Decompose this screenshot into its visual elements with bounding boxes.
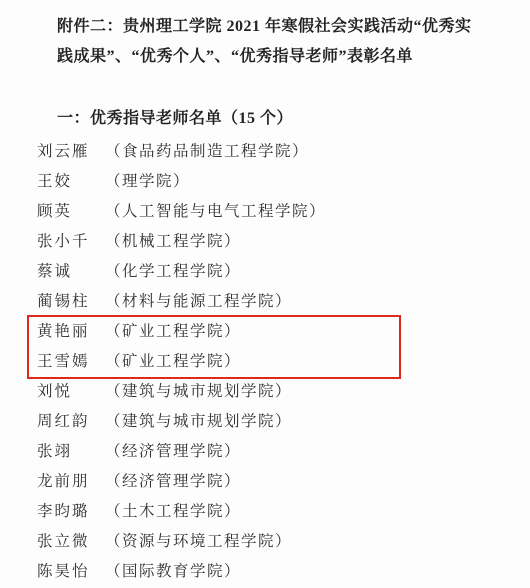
teacher-college: （食品药品制造工程学院） (105, 143, 309, 160)
teacher-name: 张立微 (37, 527, 105, 557)
teacher-college: （经济管理学院） (105, 473, 241, 490)
teacher-row: 刘悦（建筑与城市规划学院） (37, 377, 326, 407)
teacher-row: 周红韵（建筑与城市规划学院） (37, 407, 326, 437)
teacher-row: 张翊（经济管理学院） (37, 437, 326, 467)
teacher-college: （资源与环境工程学院） (105, 533, 292, 550)
teacher-name: 张翊 (37, 437, 105, 467)
teacher-name: 张小千 (37, 227, 105, 257)
teacher-row: 蔡诚（化学工程学院） (37, 257, 326, 287)
teacher-college: （建筑与城市规划学院） (105, 383, 292, 400)
teacher-college: （机械工程学院） (105, 233, 241, 250)
teacher-name: 王雪嫣 (37, 347, 105, 377)
teacher-row: 蔺锡柱（材料与能源工程学院） (37, 287, 326, 317)
teacher-row: 龙前朋（经济管理学院） (37, 467, 326, 497)
teacher-row-highlighted: 王雪嫣（矿业工程学院） (37, 347, 326, 377)
teacher-row: 王姣（理学院） (37, 167, 326, 197)
document-page: 附件二：贵州理工学院 2021 年寒假社会实践活动“优秀实 践成果”、“优秀个人… (0, 0, 530, 588)
teacher-row: 李昀璐（土木工程学院） (37, 497, 326, 527)
teacher-row-highlighted: 黄艳丽（矿业工程学院） (37, 317, 326, 347)
document-title: 附件二：贵州理工学院 2021 年寒假社会实践活动“优秀实 践成果”、“优秀个人… (57, 12, 519, 72)
teacher-college: （经济管理学院） (105, 443, 241, 460)
teacher-college: （土木工程学院） (105, 503, 241, 520)
document-title-line1: 附件二：贵州理工学院 2021 年寒假社会实践活动“优秀实 (57, 12, 519, 42)
teacher-row: 陈昊怡（国际教育学院） (37, 557, 326, 587)
document-title-line2: 践成果”、“优秀个人”、“优秀指导老师”表彰名单 (57, 42, 519, 72)
teacher-college: （国际教育学院） (105, 563, 241, 580)
teacher-college: （人工智能与电气工程学院） (105, 203, 326, 220)
teacher-name: 刘云雁 (37, 137, 105, 167)
teacher-name: 黄艳丽 (37, 317, 105, 347)
teacher-row: 刘云雁（食品药品制造工程学院） (37, 137, 326, 167)
teacher-list: 刘云雁（食品药品制造工程学院） 王姣（理学院） 顾英（人工智能与电气工程学院） … (37, 137, 326, 587)
section-heading: 一：优秀指导老师名单（15 个） (57, 104, 293, 134)
teacher-name: 李昀璐 (37, 497, 105, 527)
teacher-name: 蔡诚 (37, 257, 105, 287)
teacher-name: 顾英 (37, 197, 105, 227)
teacher-college: （材料与能源工程学院） (105, 293, 292, 310)
teacher-college: （理学院） (105, 173, 190, 190)
teacher-name: 龙前朋 (37, 467, 105, 497)
teacher-college: （化学工程学院） (105, 263, 241, 280)
teacher-name: 蔺锡柱 (37, 287, 105, 317)
teacher-row: 张小千（机械工程学院） (37, 227, 326, 257)
teacher-college: （矿业工程学院） (105, 353, 241, 370)
teacher-row: 顾英（人工智能与电气工程学院） (37, 197, 326, 227)
teacher-name: 王姣 (37, 167, 105, 197)
teacher-name: 陈昊怡 (37, 557, 105, 587)
teacher-name: 周红韵 (37, 407, 105, 437)
teacher-college: （矿业工程学院） (105, 323, 241, 340)
teacher-college: （建筑与城市规划学院） (105, 413, 292, 430)
teacher-row: 张立微（资源与环境工程学院） (37, 527, 326, 557)
teacher-name: 刘悦 (37, 377, 105, 407)
